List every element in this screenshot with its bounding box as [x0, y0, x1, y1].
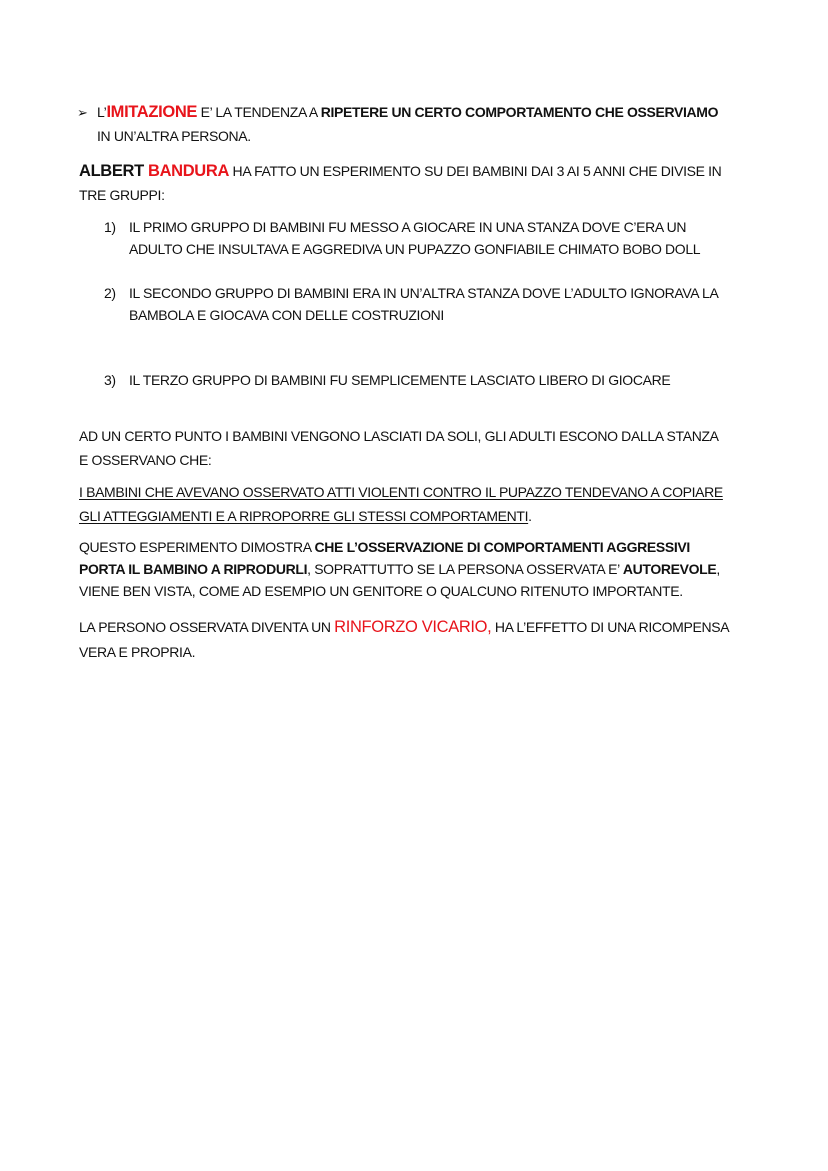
bandura-last-name: BANDURA: [148, 162, 229, 180]
vicarious-line-1: LA PERSONO OSSERVATA DIVENTA UN RINFORZO…: [79, 616, 729, 638]
group-2-line-2: BAMBOLA E GIOCAVA CON DELLE COSTRUZIONI: [129, 304, 444, 326]
group-3-number: 3): [104, 369, 129, 391]
group-3-line-1: 3)IL TERZO GRUPPO DI BAMBINI FU SEMPLICE…: [104, 369, 670, 391]
intro-line-1: L’IMITAZIONE E’ LA TENDENZA A RIPETERE U…: [97, 101, 718, 123]
vicarious-line-2: VERA E PROPRIA.: [79, 641, 195, 663]
group-1-line-1: 1)IL PRIMO GRUPPO DI BAMBINI FU MESSO A …: [104, 216, 686, 238]
observation-line-1: AD UN CERTO PUNTO I BAMBINI VENGONO LASC…: [79, 425, 719, 447]
group-2-line-1: 2)IL SECONDO GRUPPO DI BAMBINI ERA IN UN…: [104, 282, 718, 304]
observation-line-2: E OSSERVANO CHE:: [79, 449, 211, 471]
conclusion-line-3: VIENE BEN VISTA, COME AD ESEMPIO UN GENI…: [79, 580, 683, 602]
conclusion-line-1: QUESTO ESPERIMENTO DIMOSTRA CHE L’OSSERV…: [79, 536, 690, 558]
imitazione-term: IMITAZIONE: [106, 103, 197, 121]
rinforzo-vicario-term: RINFORZO VICARIO,: [334, 618, 491, 636]
document-page: ➢ L’IMITAZIONE E’ LA TENDENZA A RIPETERE…: [0, 0, 828, 1171]
result-line-1: I BAMBINI CHE AVEVANO OSSERVATO ATTI VIO…: [79, 481, 723, 503]
intro-line-2: IN UN’ALTRA PERSONA.: [97, 125, 251, 147]
bandura-line-1: ALBERT BANDURA HA FATTO UN ESPERIMENTO S…: [79, 160, 721, 182]
bandura-first-name: ALBERT: [79, 162, 148, 180]
arrowhead-bullet-icon: ➢: [77, 103, 88, 123]
group-1-line-2: ADULTO CHE INSULTAVA E AGGREDIVA UN PUPA…: [129, 238, 700, 260]
result-line-2: GLI ATTEGGIAMENTI E A RIPROPORRE GLI STE…: [79, 505, 532, 527]
group-1-number: 1): [104, 216, 129, 238]
bandura-line-2: TRE GRUPPI:: [79, 184, 165, 206]
autorevole-term: AUTOREVOLE: [623, 561, 716, 577]
group-2-number: 2): [104, 282, 129, 304]
intro-bold-definition: RIPETERE UN CERTO COMPORTAMENTO CHE OSSE…: [321, 104, 718, 120]
conclusion-line-2: PORTA IL BAMBINO A RIPRODURLI, SOPRATTUT…: [79, 558, 720, 580]
